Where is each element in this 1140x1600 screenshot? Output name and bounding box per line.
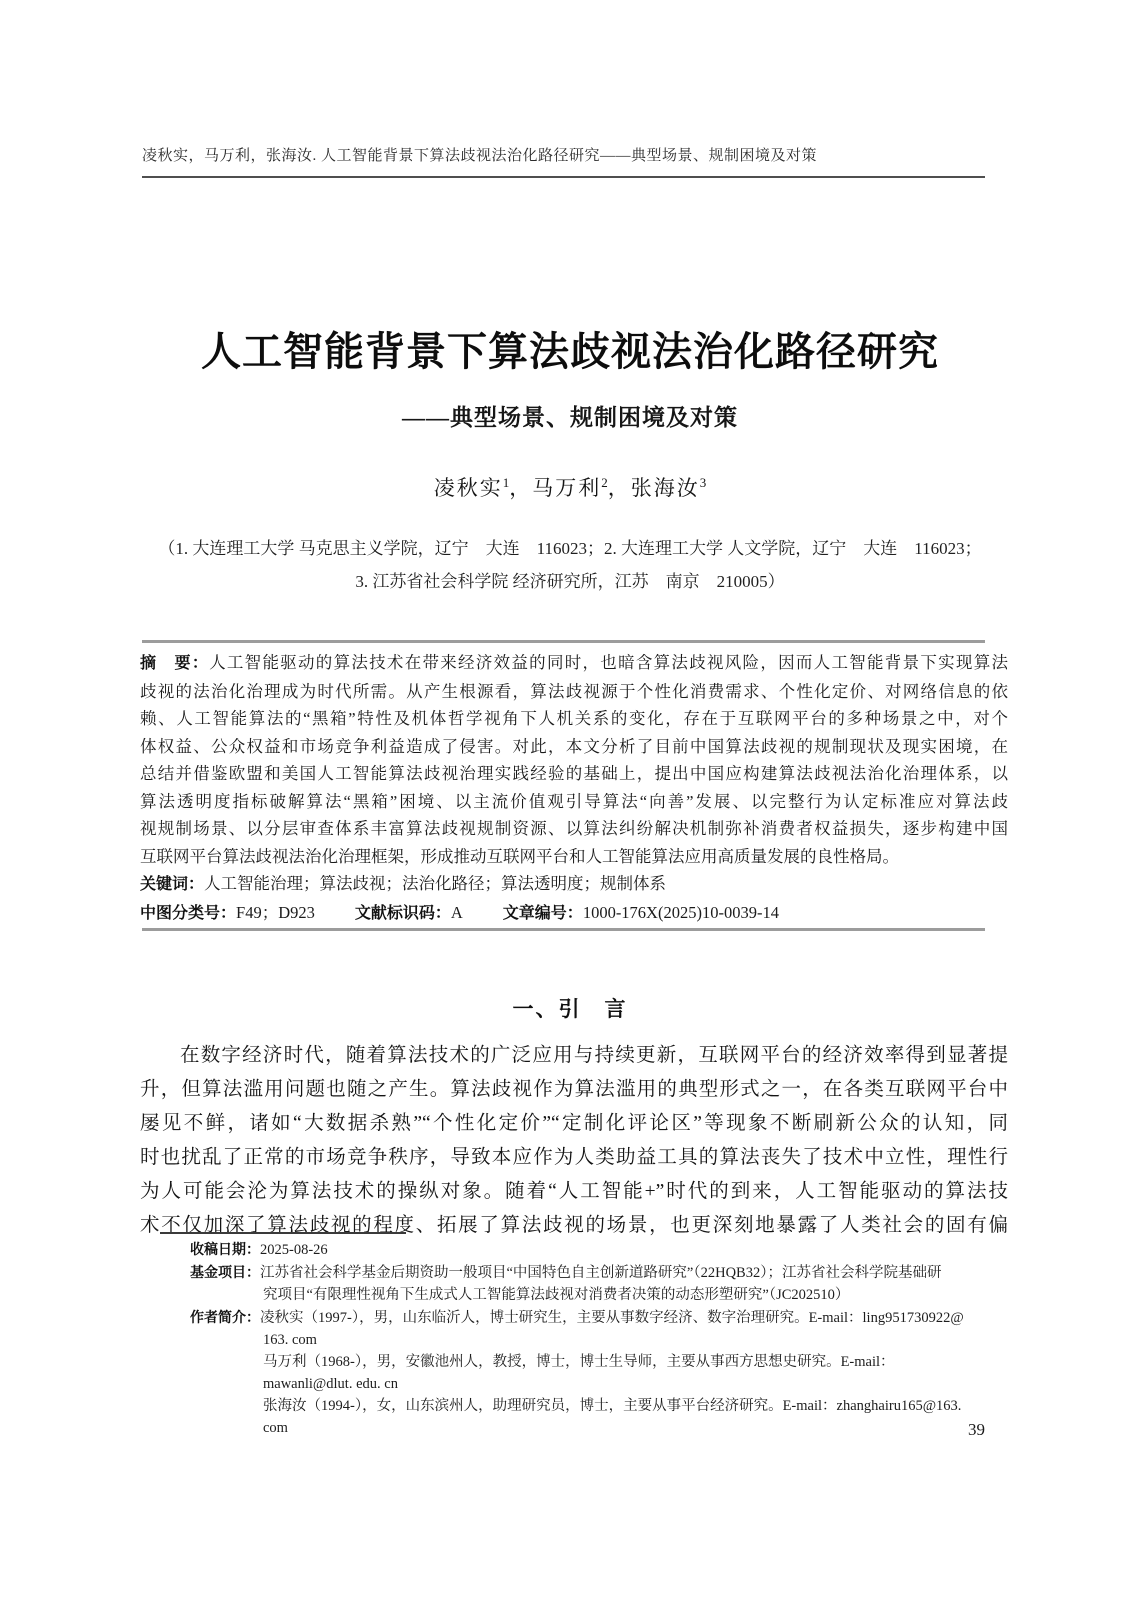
author-separator: ， [509,476,532,500]
received-date-value: 2025-08-26 [260,1242,328,1258]
doc-code-label: 文献标识码： [355,905,451,922]
author-bio-line: 作者简介：凌秋实（1997-），男，山东临沂人，博士研究生，主要从事数字经济、数… [190,1306,1010,1329]
author-name-2: 马万利 [532,476,601,500]
abstract-line: 摘 要：人工智能驱动的算法技术在带来经济效益的同时，也暗含算法歧视风险，因而人工… [140,649,1008,678]
journal-page: 凌秋实，马万利，张海汝. 人工智能背景下算法歧视法治化路径研究——典型场景、规制… [0,0,1140,1600]
affiliation-line-2: 3. 江苏省社会科学院 经济研究所，江苏 南京 210005） [0,567,1140,592]
article-id-value: 1000-176X(2025)10-0039-14 [583,903,779,922]
author-line: 凌秋实1，马万利2，张海汝3 [0,472,1140,502]
author-bio-text-continued: 163. com [190,1329,1010,1351]
abstract-line: 视规制场景、以分层审查体系丰富算法歧视规制资源、以算法纠纷解决机制弥补消费者权益… [140,815,1008,843]
abstract-label: 摘 要： [140,655,209,672]
meta-line: 中图分类号：F49；D923文献标识码：A文章编号：1000-176X(2025… [140,899,1008,928]
author-bio-label: 作者简介： [190,1309,260,1325]
running-head-rule [142,176,985,178]
abstract-rule-bottom [142,928,985,931]
author-sup-3: 3 [700,475,707,490]
fund-line: 基金项目：江苏省社会科学基金后期资助一般项目“中国特色自主创新道路研究”（22H… [190,1261,1010,1284]
footnote-block: 收稿日期：2025-08-26 基金项目：江苏省社会科学基金后期资助一般项目“中… [190,1238,1010,1439]
author-bio-text-continued: mawanli@dlut. edu. cn [190,1373,1010,1395]
keywords-text: 人工智能治理；算法歧视；法治化路径；算法透明度；规制体系 [204,874,666,893]
author-name-1: 凌秋实 [434,476,503,500]
body-line: 时也扰乱了正常的市场竞争秩序，导致本应作为人类助益工具的算法丧失了技术中立性，理… [140,1141,1008,1175]
clc-label: 中图分类号： [140,905,236,922]
body-paragraph: 在数字经济时代，随着算法技术的广泛应用与持续更新，互联网平台的经济效率得到显著提… [140,1039,1008,1243]
fund-text: 江苏省社会科学基金后期资助一般项目“中国特色自主创新道路研究”（22HQB32）… [260,1265,941,1281]
body-line: 为人可能会沦为算法技术的操纵对象。随着“人工智能+”时代的到来，人工智能驱动的算… [140,1175,1008,1209]
footnote-divider [160,1232,406,1234]
running-head: 凌秋实，马万利，张海汝. 人工智能背景下算法歧视法治化路径研究——典型场景、规制… [142,144,987,165]
article-title: 人工智能背景下算法歧视法治化路径研究 [0,320,1140,377]
author-separator: ， [608,476,631,500]
abstract-line: 算法透明度指标破解算法“黑箱”困境、以主流价值观引导算法“向善”发展、以完整行为… [140,788,1008,816]
section-heading-introduction: 一、引 言 [0,993,1140,1023]
body-line: 在数字经济时代，随着算法技术的广泛应用与持续更新，互联网平台的经济效率得到显著提 [140,1039,1008,1073]
abstract-line: 体权益、公众权益和市场竞争利益造成了侵害。对此，本文分析了目前中国算法歧视的规制… [140,733,1008,761]
author-bio-text-continued: 马万利（1968-），男，安徽池州人，教授，博士，博士生导师，主要从事西方思想史… [190,1351,1010,1373]
clc-value: F49；D923 [236,903,315,922]
fund-label: 基金项目： [190,1264,260,1280]
abstract-line: 总结并借鉴欧盟和美国人工智能算法歧视治理实践经验的基础上，提出中国应构建算法歧视… [140,760,1008,788]
abstract-block: 摘 要：人工智能驱动的算法技术在带来经济效益的同时，也暗含算法歧视风险，因而人工… [140,649,1008,927]
body-line: 升，但算法滥用问题也随之产生。算法歧视作为算法滥用的典型形式之一，在各类互联网平… [140,1073,1008,1107]
keywords-label: 关键词： [140,876,204,893]
doc-code-value: A [451,903,463,922]
author-name-3: 张海汝 [631,476,700,500]
received-date-label: 收稿日期： [190,1241,260,1257]
abstract-rule-top [142,640,985,643]
page-number: 39 [142,1420,985,1440]
received-date-line: 收稿日期：2025-08-26 [190,1238,1010,1261]
abstract-text: 人工智能驱动的算法技术在带来经济效益的同时，也暗含算法歧视风险，因而人工智能背景… [209,653,1008,672]
affiliation-line-1: （1. 大连理工大学 马克思主义学院，辽宁 大连 116023；2. 大连理工大… [0,534,1140,559]
body-line: 屡见不鲜，诸如“大数据杀熟”“个性化定价”“定制化评论区”等现象不断刷新公众的认… [140,1107,1008,1141]
abstract-line: 歧视的法治化治理成为时代所需。从产生根源看，算法歧视源于个性化消费需求、个性化定… [140,678,1008,706]
author-bio-text: 凌秋实（1997-），男，山东临沂人，博士研究生，主要从事数字经济、数字治理研究… [260,1310,964,1326]
keywords-line: 关键词：人工智能治理；算法歧视；法治化路径；算法透明度；规制体系 [140,870,1008,899]
abstract-line: 赖、人工智能算法的“黑箱”特性及机体哲学视角下人机关系的变化，存在于互联网平台的… [140,705,1008,733]
article-id-label: 文章编号： [503,905,583,922]
fund-text-continued: 究项目“有限理性视角下生成式人工智能算法歧视对消费者决策的动态形塑研究”（JC2… [190,1284,1010,1306]
abstract-line: 互联网平台算法歧视法治化治理框架，形成推动互联网平台和人工智能算法应用高质量发展… [140,843,1008,871]
author-bio-text-continued: 张海汝（1994-），女，山东滨州人，助理研究员，博士，主要从事平台经济研究。E… [190,1395,1010,1417]
article-subtitle: ——典型场景、规制困境及对策 [0,399,1140,432]
